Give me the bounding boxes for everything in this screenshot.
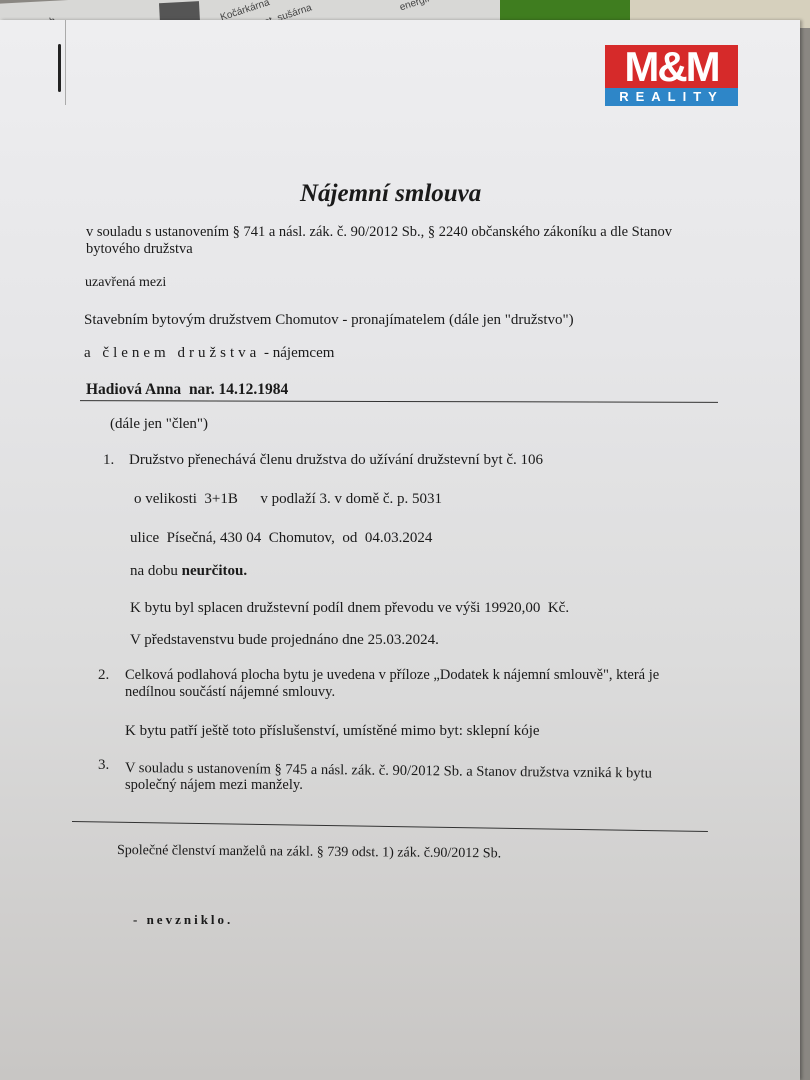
tenant-birth: nar. 14.12.1984	[189, 381, 288, 398]
concluded-between: uzavřená mezi	[85, 275, 166, 291]
section-number: 2.	[98, 667, 109, 684]
joint-membership: Společné členství manželů na zákl. § 739…	[117, 843, 501, 862]
lease-term-value: neurčitou.	[182, 563, 247, 579]
logo-brand-bottom: REALITY	[605, 88, 738, 106]
legal-basis-line1: v souladu s ustanovením § 741 a násl. zá…	[86, 224, 672, 241]
background-text: energií	[398, 0, 430, 13]
section-1-line: ulice Písečná, 430 04 Chomutov, od 04.03…	[130, 530, 432, 547]
landlord: Stavebním bytovým družstvem Chomutov - p…	[84, 312, 574, 329]
margin-mark	[58, 44, 61, 92]
member-line: a členem družstva - nájemcem	[84, 345, 334, 362]
section-1-line: o velikosti 3+1B v podlaží 3. v domě č. …	[134, 491, 442, 508]
tenant-line: Hadiová Anna nar. 14.12.1984	[86, 381, 288, 399]
accessories: K bytu patří ještě toto příslušenství, u…	[125, 723, 540, 740]
tenant-alias: (dále jen "člen")	[110, 416, 208, 433]
member-spaced: a členem družstva	[84, 345, 260, 361]
legal-basis-line2: bytového družstva	[86, 241, 193, 258]
joint-membership-status: - nevzniklo.	[133, 912, 233, 928]
section-1-line: Družstvo přenechává členu družstva do už…	[129, 452, 543, 469]
board-date: V představenstvu bude projednáno dne 25.…	[130, 632, 439, 649]
folded-edge	[0, 20, 66, 105]
lease-term: na dobu neurčitou.	[130, 563, 247, 580]
document-title: Nájemní smlouva	[300, 180, 481, 208]
section-2-line: Celková podlahová plocha bytu je uvedena…	[125, 667, 659, 684]
share-paid: K bytu byl splacen družstevní podíl dnem…	[130, 600, 569, 617]
mm-reality-logo: M&M REALITY	[605, 45, 738, 106]
lease-term-prefix: na dobu	[130, 563, 182, 579]
section-number: 3.	[98, 757, 109, 774]
tenant-name: Hadiová Anna	[86, 381, 181, 398]
section-3-line: společný nájem mezi manžely.	[125, 777, 303, 794]
member-role: - nájemcem	[264, 345, 334, 361]
logo-brand-top: M&M	[605, 45, 738, 88]
section-number: 1.	[103, 452, 114, 469]
section-2-line: nedílnou součástí nájemné smlouvy.	[125, 684, 335, 701]
contract-page	[0, 20, 800, 1080]
